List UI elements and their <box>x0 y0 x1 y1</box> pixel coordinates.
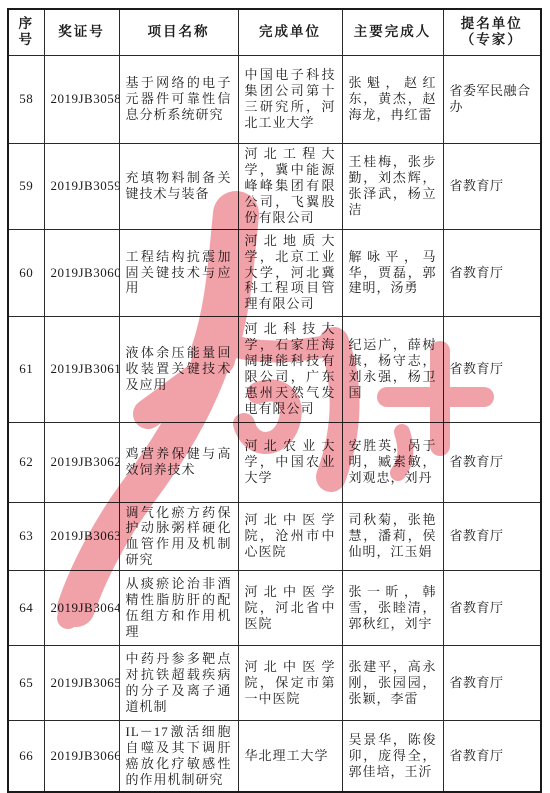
cell-cert-no: 2019JB3060 <box>44 229 119 316</box>
cell-cert-no: 2019JB3066 <box>44 720 119 792</box>
cell-project-name: 从痰瘀论治非酒精性脂肪肝的配伍组方和作用机理 <box>119 570 238 645</box>
cell-completing-unit: 中国电子科技集团公司第十三研究所，河北工业大学 <box>238 55 342 143</box>
table-row: 62 2019JB3062 鸡营养保健与高效饲养技术 河北农业大学，中国农业大学… <box>8 422 541 502</box>
col-header-project-name: 项目名称 <box>119 9 238 55</box>
cell-project-name: 充填物料制备关键技术与装备 <box>119 143 238 229</box>
cell-index: 63 <box>8 502 44 570</box>
cell-index: 60 <box>8 229 44 316</box>
header-row: 序号 奖证号 项目名称 完成单位 主要完成人 提名单位 （专家） <box>8 9 541 55</box>
cell-project-name: IL－17激活细胞自噬及其下调肝癌放化疗敏感性的作用机制研究 <box>119 720 238 792</box>
cell-main-contributors: 张魁，赵红东，黄杰，赵海龙，冉红雷 <box>342 55 443 143</box>
table-row: 59 2019JB3059 充填物料制备关键技术与装备 河北工程大学，冀中能源峰… <box>8 143 541 229</box>
cell-main-contributors: 司秋菊，张艳慧，潘莉，侯仙明，江玉娟 <box>342 502 443 570</box>
table-header: 序号 奖证号 项目名称 完成单位 主要完成人 提名单位 （专家） <box>8 9 541 55</box>
cell-project-name: 调气化瘀方药保护动脉粥样硬化血管作用及机制研究 <box>119 502 238 570</box>
col-header-completing-unit: 完成单位 <box>238 9 342 55</box>
cell-cert-no: 2019JB3058 <box>44 55 119 143</box>
table-row: 66 2019JB3066 IL－17激活细胞自噬及其下调肝癌放化疗敏感性的作用… <box>8 720 541 792</box>
cell-index: 64 <box>8 570 44 645</box>
cell-index: 65 <box>8 645 44 720</box>
table-row: 65 2019JB3065 中药丹参多靶点对抗铁超载疾病的分子及离子通道机制 河… <box>8 645 541 720</box>
cell-completing-unit: 河北中医学院，河北省中医院 <box>238 570 342 645</box>
cell-cert-no: 2019JB3062 <box>44 422 119 502</box>
cell-index: 58 <box>8 55 44 143</box>
cell-nominating-unit: 省教育厅 <box>443 316 541 422</box>
cell-index: 61 <box>8 316 44 422</box>
cell-main-contributors: 王桂梅，张步勤，刘杰辉，张泽武，杨立洁 <box>342 143 443 229</box>
cell-completing-unit: 河北中医学院，保定市第一中医院 <box>238 645 342 720</box>
cell-index: 62 <box>8 422 44 502</box>
col-header-main-contributors: 主要完成人 <box>342 9 443 55</box>
cell-project-name: 中药丹参多靶点对抗铁超载疾病的分子及离子通道机制 <box>119 645 238 720</box>
table-row: 60 2019JB3060 工程结构抗震加固关键技术与应用 河北地质大学，北京工… <box>8 229 541 316</box>
award-list-table: 序号 奖证号 项目名称 完成单位 主要完成人 提名单位 （专家） 58 2019… <box>7 8 542 793</box>
cell-cert-no: 2019JB3064 <box>44 570 119 645</box>
cell-nominating-unit: 省教育厅 <box>443 645 541 720</box>
cell-completing-unit: 河北地质大学，北京工业大学，河北冀科工程项目管理有限公司 <box>238 229 342 316</box>
cell-nominating-unit: 省教育厅 <box>443 570 541 645</box>
col-header-index: 序号 <box>8 9 44 55</box>
cell-completing-unit: 华北理工大学 <box>238 720 342 792</box>
cell-project-name: 基于网络的电子元器件可靠性信息分析系统研究 <box>119 55 238 143</box>
cell-nominating-unit: 省教育厅 <box>443 229 541 316</box>
cell-nominating-unit: 省委军民融合办 <box>443 55 541 143</box>
cell-main-contributors: 安胜英，呙于明，臧素敏，刘观忠，刘丹 <box>342 422 443 502</box>
cell-main-contributors: 张一昕，韩雪，张睦清，郭秋红，刘宇 <box>342 570 443 645</box>
cell-main-contributors: 纪运广，薛树旗，杨守志，刘永强，杨卫国 <box>342 316 443 422</box>
cell-main-contributors: 解咏平，马华，贾磊，郭建明，汤勇 <box>342 229 443 316</box>
cell-index: 66 <box>8 720 44 792</box>
cell-main-contributors: 吴景华，陈俊卯，庞得全，郭佳培，王沂 <box>342 720 443 792</box>
cell-project-name: 液体余压能量回收装置关键技术及应用 <box>119 316 238 422</box>
table-row: 64 2019JB3064 从痰瘀论治非酒精性脂肪肝的配伍组方和作用机理 河北中… <box>8 570 541 645</box>
cell-nominating-unit: 省教育厅 <box>443 422 541 502</box>
cell-nominating-unit: 省教育厅 <box>443 502 541 570</box>
table-body: 58 2019JB3058 基于网络的电子元器件可靠性信息分析系统研究 中国电子… <box>8 55 541 792</box>
cell-cert-no: 2019JB3063 <box>44 502 119 570</box>
cell-nominating-unit: 省教育厅 <box>443 143 541 229</box>
cell-cert-no: 2019JB3065 <box>44 645 119 720</box>
cell-index: 59 <box>8 143 44 229</box>
cell-completing-unit: 河北科技大学，石家庄海阔捷能科技有限公司，广东惠州天然气发电有限公司 <box>238 316 342 422</box>
cell-project-name: 鸡营养保健与高效饲养技术 <box>119 422 238 502</box>
cell-cert-no: 2019JB3059 <box>44 143 119 229</box>
cell-project-name: 工程结构抗震加固关键技术与应用 <box>119 229 238 316</box>
table-row: 63 2019JB3063 调气化瘀方药保护动脉粥样硬化血管作用及机制研究 河北… <box>8 502 541 570</box>
cell-main-contributors: 张建平，高永刚，张园园，张颖，李雷 <box>342 645 443 720</box>
col-header-nominating-unit: 提名单位 （专家） <box>443 9 541 55</box>
cell-nominating-unit: 省教育厅 <box>443 720 541 792</box>
cell-completing-unit: 河北工程大学，冀中能源峰峰集团有限公司，飞翼股份有限公司 <box>238 143 342 229</box>
cell-cert-no: 2019JB3061 <box>44 316 119 422</box>
cell-completing-unit: 河北农业大学，中国农业大学 <box>238 422 342 502</box>
col-header-cert-no: 奖证号 <box>44 9 119 55</box>
table-row: 61 2019JB3061 液体余压能量回收装置关键技术及应用 河北科技大学，石… <box>8 316 541 422</box>
cell-completing-unit: 河北中医学院，沧州市中心医院 <box>238 502 342 570</box>
table-row: 58 2019JB3058 基于网络的电子元器件可靠性信息分析系统研究 中国电子… <box>8 55 541 143</box>
